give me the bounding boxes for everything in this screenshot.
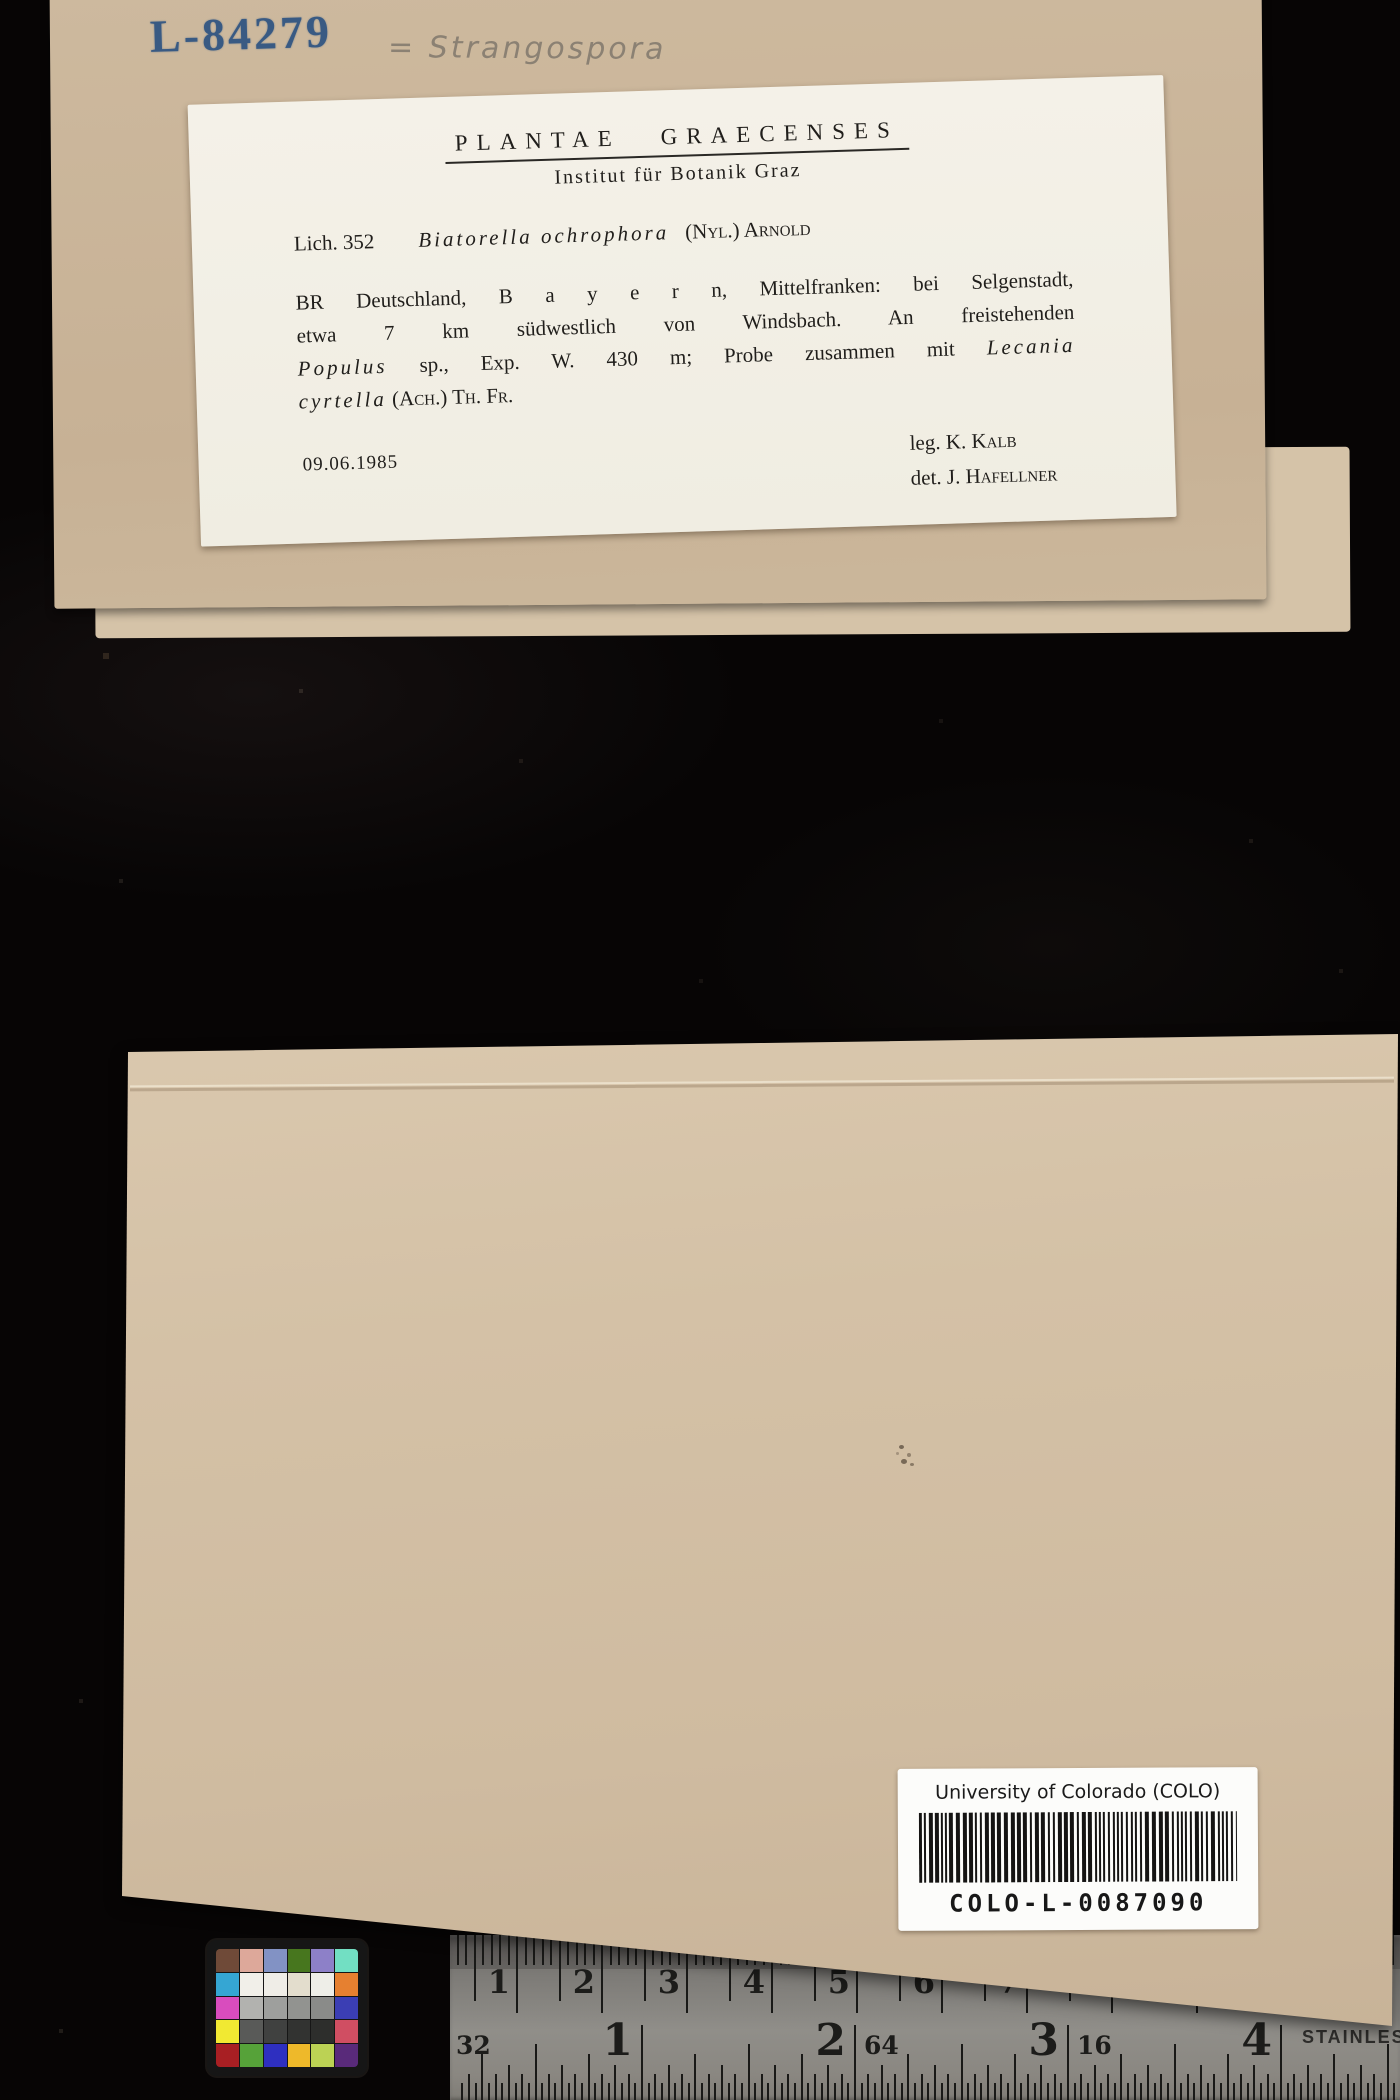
- ruler-inch-tick: [874, 2083, 876, 2100]
- ruler-inch-tick: [1020, 2083, 1022, 2100]
- ruler-inch-tick: [1007, 2083, 1009, 2100]
- ruler-inch-tick: [1300, 2083, 1302, 2100]
- ruler-inch-tick: [1127, 2083, 1129, 2100]
- ruler-inch-tick: [708, 2074, 710, 2100]
- ruler-inch-tick: [734, 2074, 736, 2100]
- ruler-inch-tick: [1160, 2074, 1162, 2100]
- color-calibration-card: [207, 1940, 367, 2076]
- ruler-cm-tick: [516, 1935, 518, 2013]
- barcode-bar: [1058, 1812, 1062, 1882]
- barcode-bar: [1041, 1812, 1045, 1882]
- ruler-inch-tick: [694, 2054, 696, 2100]
- color-patch: [335, 1973, 358, 1996]
- barcode-bar: [1113, 1812, 1115, 1882]
- ruler-inch-number: 2: [798, 2015, 846, 2066]
- ruler-inch-tick: [1280, 2025, 1282, 2100]
- barcode-bar: [1135, 1812, 1137, 1882]
- color-patch: [216, 1973, 239, 1996]
- ruler-inch-tick: [574, 2074, 576, 2100]
- color-patch: [288, 1997, 311, 2020]
- barcode: [919, 1811, 1237, 1883]
- ruler-inch-tick: [1134, 2074, 1136, 2100]
- ruler-inch-tick: [787, 2074, 789, 2100]
- ruler-fraction-label: 64: [864, 2031, 899, 2060]
- ruler-inch-tick: [1000, 2074, 1002, 2100]
- barcode-bar: [1159, 1812, 1163, 1882]
- ruler-cm-tick: [542, 1935, 544, 1965]
- ruler-inch-tick: [1367, 2083, 1369, 2100]
- barcode-bar: [963, 1813, 967, 1883]
- ruler-inch-tick: [568, 2083, 570, 2100]
- barcode-bar: [924, 1813, 926, 1883]
- ruler-inch-tick: [1100, 2083, 1102, 2100]
- ruler-inch-tick: [1080, 2074, 1082, 2100]
- ruler-inch-tick: [754, 2083, 756, 2100]
- ruler-inch-tick: [1047, 2083, 1049, 2100]
- ruler-inch-tick: [648, 2083, 650, 2100]
- ruler-inch-tick: [501, 2083, 503, 2100]
- ruler-inch-tick: [688, 2083, 690, 2100]
- ruler-inch-tick: [1154, 2083, 1156, 2100]
- ruler-inch-tick: [1074, 2083, 1076, 2100]
- ruler-inch-tick: [854, 2025, 856, 2100]
- barcode-bar: [1185, 1811, 1187, 1881]
- color-patch: [288, 1949, 311, 1972]
- ruler-inch-tick: [621, 2083, 623, 2100]
- ruler-inch-tick: [861, 2083, 863, 2100]
- ruler-inch-tick: [1307, 2065, 1309, 2100]
- ruler-inch-tick: [495, 2074, 497, 2100]
- accession-stamp: L-84279: [149, 5, 332, 63]
- barcode-bar: [1030, 1812, 1032, 1882]
- barcode-bar: [1108, 1812, 1110, 1882]
- color-patch: [288, 1973, 311, 1996]
- color-patch: [311, 1949, 334, 1972]
- ruler-inch-tick: [1247, 2083, 1249, 2100]
- barcode-bar: [1117, 1812, 1119, 1882]
- ruler-inch-tick: [1253, 2065, 1255, 2100]
- ruler-cm-number: 3: [636, 1963, 680, 2001]
- barcode-bar: [1201, 1811, 1203, 1881]
- ruler-inch-tick: [774, 2065, 776, 2100]
- ruler-inch-tick: [1220, 2083, 1222, 2100]
- color-patch: [240, 1973, 263, 1996]
- ruler-inch-tick: [1360, 2065, 1362, 2100]
- ruler-inch-tick: [974, 2074, 976, 2100]
- ruler-inch-number: 3: [1011, 2015, 1059, 2066]
- dirt-smudge: [895, 1443, 921, 1473]
- ruler-inch-tick: [541, 2083, 543, 2100]
- label-title-word1: PLANTAE: [454, 126, 621, 156]
- collection-number: Lich. 352: [294, 229, 375, 256]
- ruler-inch-tick: [1187, 2074, 1189, 2100]
- barcode-bar: [1095, 1812, 1097, 1882]
- ruler-inch-tick: [1340, 2083, 1342, 2100]
- ruler-inch-tick: [554, 2083, 556, 2100]
- barcode-bar: [1172, 1811, 1174, 1881]
- ruler-inch-tick: [967, 2083, 969, 2100]
- ruler-inch-tick: [1273, 2083, 1275, 2100]
- barcode-bar: [1070, 1812, 1074, 1882]
- ruler-inch-tick: [481, 2054, 483, 2100]
- ruler-inch-tick: [881, 2065, 883, 2100]
- ruler-inch-tick: [814, 2074, 816, 2100]
- ruler-inch-tick: [1060, 2083, 1062, 2100]
- ruler-inch-tick: [548, 2074, 550, 2100]
- ruler-inch-tick: [475, 2083, 477, 2100]
- ruler-inch-tick: [741, 2083, 743, 2100]
- barcode-bar: [1218, 1811, 1220, 1881]
- ruler-inch-tick: [614, 2065, 616, 2100]
- ruler-inch-tick: [1347, 2074, 1349, 2100]
- ruler-inch-tick: [488, 2083, 490, 2100]
- barcode-bar: [1226, 1811, 1228, 1881]
- ruler-inch-tick: [1373, 2074, 1375, 2100]
- barcode-bar: [1131, 1812, 1133, 1882]
- dust-specks: [0, 0, 2, 2]
- envelope-front: L-84279 = Strangospora PLANTAEGRAECENSES…: [50, 0, 1267, 609]
- ruler-inch-tick: [668, 2065, 670, 2100]
- ruler-cm-tick: [525, 1935, 527, 1965]
- ruler-inch-tick: [1293, 2074, 1295, 2100]
- ruler-inch-tick: [867, 2074, 869, 2100]
- ruler-inch-tick: [561, 2065, 563, 2100]
- barcode-bar: [1195, 1811, 1199, 1881]
- ruler-inch-tick: [701, 2083, 703, 2100]
- ruler-inch-tick: [1147, 2065, 1149, 2100]
- specimen-label: PLANTAEGRAECENSES Institut für Botanik G…: [188, 75, 1177, 547]
- barcode-number: COLO-L-0087090: [898, 1888, 1258, 1918]
- ruler-inch-tick: [1107, 2074, 1109, 2100]
- barcode-bar: [1222, 1811, 1224, 1881]
- ruler-inch-tick: [1174, 2044, 1176, 2100]
- barcode-bar: [949, 1813, 953, 1883]
- ruler-inch-tick: [1287, 2083, 1289, 2100]
- ruler-cm-number: 1: [466, 1963, 510, 2001]
- species-name: Biatorella ochrophora: [418, 220, 670, 253]
- ruler-inch-tick: [1180, 2083, 1182, 2100]
- specimen-photo: STAINLESS 12345678910111234326416 Univer…: [0, 0, 1400, 2100]
- ruler-inch-tick: [1393, 2083, 1395, 2100]
- ruler-inch-tick: [1027, 2074, 1029, 2100]
- barcode-institution: University of Colorado (COLO): [898, 1780, 1258, 1804]
- color-patch: [216, 2044, 239, 2067]
- barcode-bar: [956, 1813, 960, 1883]
- barcode-bar: [919, 1813, 922, 1883]
- ruler-inch-tick: [921, 2074, 923, 2100]
- barcode-bar: [1064, 1812, 1068, 1882]
- barcode-bar: [1206, 1811, 1208, 1881]
- color-patch: [335, 2020, 358, 2043]
- color-patch: [240, 1949, 263, 1972]
- barcode-bar: [1152, 1812, 1156, 1882]
- ruler-inch-tick: [1087, 2083, 1089, 2100]
- ruler-inch-tick: [528, 2083, 530, 2100]
- ruler-inch-tick: [714, 2083, 716, 2100]
- ruler-inch-tick: [628, 2074, 630, 2100]
- ruler-inch-tick: [907, 2054, 909, 2100]
- color-patch: [216, 2020, 239, 2043]
- ruler-inch-tick: [634, 2083, 636, 2100]
- barcode-bar: [1236, 1811, 1237, 1881]
- color-patch-grid: [216, 1949, 358, 2067]
- ruler-inch-tick: [515, 2083, 517, 2100]
- ruler-inch-tick: [1193, 2083, 1195, 2100]
- ruler-inch-tick: [521, 2074, 523, 2100]
- ruler-inch-tick: [827, 2065, 829, 2100]
- label-title: PLANTAEGRAECENSES: [444, 117, 909, 164]
- color-patch: [288, 2044, 311, 2067]
- ruler-inch-tick: [1260, 2083, 1262, 2100]
- ruler-inch-tick: [767, 2083, 769, 2100]
- ruler-inch-tick: [980, 2083, 982, 2100]
- ruler-inch-tick: [941, 2083, 943, 2100]
- ruler-inch-tick: [761, 2074, 763, 2100]
- color-patch: [288, 2020, 311, 2043]
- barcode-bar: [1211, 1811, 1215, 1881]
- barcode-bar: [1077, 1812, 1079, 1882]
- ruler-brand-text: STAINLESS: [1302, 2027, 1400, 2048]
- ruler-inch-tick: [994, 2083, 996, 2100]
- barcode-bar: [1082, 1812, 1086, 1882]
- color-patch: [264, 1973, 287, 1996]
- color-patch: [311, 1973, 334, 1996]
- ruler-inch-tick: [608, 2083, 610, 2100]
- envelope-back: University of Colorado (COLO) COLO-L-008…: [110, 1025, 1400, 2030]
- barcode-bar: [1017, 1812, 1021, 1882]
- barcode-bar: [1140, 1812, 1142, 1882]
- ruler-inch-tick: [807, 2083, 809, 2100]
- barcode-bar: [1053, 1812, 1055, 1882]
- ruler-inch-tick: [1213, 2074, 1215, 2100]
- barcode-bar: [1004, 1812, 1008, 1882]
- barcode-bar: [1231, 1811, 1233, 1881]
- ruler-cm-tick: [457, 1935, 459, 1965]
- barcode-bar: [935, 1813, 939, 1883]
- barcode-bar: [941, 1813, 943, 1883]
- barcode-bar: [1190, 1811, 1192, 1881]
- ruler-inch-tick: [468, 2074, 470, 2100]
- ruler-inch-tick: [1313, 2083, 1315, 2100]
- ruler-inch-tick: [1233, 2083, 1235, 2100]
- ruler-inch-tick: [834, 2083, 836, 2100]
- barcode-bar: [1088, 1812, 1092, 1882]
- ruler-inch-tick: [1200, 2065, 1202, 2100]
- barcode-bar: [1023, 1812, 1027, 1882]
- color-patch: [311, 2044, 334, 2067]
- ruler-cm-tick: [533, 1935, 535, 1965]
- ruler-cm-tick: [491, 1935, 493, 1965]
- color-patch: [240, 1997, 263, 2020]
- ruler-inch-tick: [1067, 2025, 1069, 2100]
- ruler-fraction-label: 32: [456, 2031, 491, 2060]
- barcode-bar: [1035, 1812, 1039, 1882]
- ruler-inch-tick: [1094, 2065, 1096, 2100]
- barcode-bar: [1126, 1812, 1128, 1882]
- ruler-inch-tick: [728, 2083, 730, 2100]
- determiner-line: det. J. Hafellner: [910, 456, 1058, 495]
- ruler-inch-tick: [1267, 2074, 1269, 2100]
- ruler-inch-tick: [894, 2074, 896, 2100]
- ruler-inch-tick: [1240, 2074, 1242, 2100]
- barcode-bar: [1099, 1812, 1101, 1882]
- ruler-inch-tick: [681, 2074, 683, 2100]
- color-patch: [335, 2044, 358, 2067]
- barcode-bar: [975, 1813, 977, 1883]
- ruler-inch-tick: [1333, 2054, 1335, 2100]
- ruler-inch-tick: [961, 2044, 963, 2100]
- ruler-cm-tick: [601, 1935, 603, 2013]
- ruler-fraction-label: 16: [1077, 2031, 1112, 2060]
- ruler-inch-tick: [1380, 2083, 1382, 2100]
- color-patch: [335, 1997, 358, 2020]
- ruler-inch-tick: [934, 2065, 936, 2100]
- barcode-bar: [997, 1812, 1001, 1882]
- ruler-inch-tick: [721, 2065, 723, 2100]
- ruler-inch-tick: [781, 2083, 783, 2100]
- ruler-inch-tick: [1120, 2054, 1122, 2100]
- ruler-inch-tick: [581, 2083, 583, 2100]
- barcode-bar: [980, 1813, 982, 1883]
- ruler-inch-tick: [1140, 2083, 1142, 2100]
- ruler-inch-tick: [821, 2083, 823, 2100]
- ruler-inch-tick: [1034, 2083, 1036, 2100]
- color-patch: [216, 1949, 239, 1972]
- ruler-inch-tick: [887, 2083, 889, 2100]
- ruler-inch-tick: [901, 2083, 903, 2100]
- barcode-bar: [991, 1812, 995, 1882]
- barcode-bar: [1121, 1812, 1123, 1882]
- ruler-inch-tick: [1207, 2083, 1209, 2100]
- ruler-inch-tick: [927, 2083, 929, 2100]
- ruler-cm-tick: [482, 1935, 484, 1965]
- ruler-inch-tick: [841, 2074, 843, 2100]
- barcode-bar: [945, 1813, 947, 1883]
- ruler-inch-tick: [1353, 2083, 1355, 2100]
- ruler-inch-tick: [508, 2065, 510, 2100]
- ruler-cm-tick: [465, 1935, 467, 1965]
- color-patch: [240, 2044, 263, 2067]
- ruler-cm-number: 4: [721, 1963, 765, 2001]
- ruler-inch-tick: [914, 2083, 916, 2100]
- ruler-inch-number: 4: [1224, 2015, 1272, 2066]
- ruler-inch-tick: [1327, 2083, 1329, 2100]
- color-patch: [335, 1949, 358, 1972]
- color-patch: [311, 2020, 334, 2043]
- collection-date: 09.06.1985: [302, 442, 398, 477]
- label-footer: 09.06.1985 leg. K. Kalb det. J. Hafellne…: [198, 418, 1176, 518]
- barcode-bar: [1165, 1812, 1169, 1882]
- ruler-cm-tick: [508, 1935, 510, 1965]
- label-title-word2: GRAECENSES: [660, 117, 899, 149]
- ruler-inch-tick: [601, 2074, 603, 2100]
- barcode-bar: [985, 1812, 989, 1882]
- ruler-inch-tick: [1114, 2083, 1116, 2100]
- ruler-inch-tick: [748, 2044, 750, 2100]
- barcode-label: University of Colorado (COLO) COLO-L-008…: [898, 1767, 1259, 1931]
- ruler-inch-tick: [987, 2065, 989, 2100]
- ruler-inch-tick: [654, 2074, 656, 2100]
- barcode-bar: [1103, 1812, 1105, 1882]
- ruler-inch-tick: [847, 2083, 849, 2100]
- ruler-inch-tick: [535, 2044, 537, 2100]
- ruler-inch-tick: [1054, 2074, 1056, 2100]
- color-patch: [264, 2044, 287, 2067]
- ruler-cm-number: 2: [551, 1963, 595, 2001]
- species-line: Lich. 352 Biatorella ochrophora (Nyl.) A…: [192, 205, 1168, 260]
- color-patch: [264, 2020, 287, 2043]
- ruler-inch-tick: [954, 2083, 956, 2100]
- ruler-inch-tick: [674, 2083, 676, 2100]
- color-patch: [264, 1949, 287, 1972]
- ruler-inch-tick: [947, 2074, 949, 2100]
- species-authority: (Nyl.) Arnold: [685, 216, 811, 245]
- ruler-inch-tick: [1040, 2065, 1042, 2100]
- color-patch: [240, 2020, 263, 2043]
- barcode-bar: [1145, 1812, 1149, 1882]
- barcode-bar: [1048, 1812, 1050, 1882]
- barcode-bar: [1177, 1811, 1179, 1881]
- color-patch: [216, 1997, 239, 2020]
- ruler-inch-tick: [661, 2083, 663, 2100]
- ruler-inch-tick: [1167, 2083, 1169, 2100]
- barcode-bar: [1011, 1812, 1015, 1882]
- barcode-bar: [969, 1813, 973, 1883]
- ruler-cm-tick: [499, 1935, 501, 1965]
- locality-text: BR Deutschland, B a y e r n, Mittelfrank…: [193, 260, 1173, 422]
- barcode-bar: [929, 1813, 933, 1883]
- barcode-bar: [1181, 1811, 1183, 1881]
- ruler-inch-number: 1: [585, 2015, 633, 2066]
- color-patch: [311, 1997, 334, 2020]
- ruler-inch-tick: [1387, 2044, 1389, 2100]
- collector-determiner: leg. K. Kalb det. J. Hafellner: [909, 421, 1058, 495]
- ruler-inch-tick: [594, 2083, 596, 2100]
- ruler-inch-tick: [794, 2083, 796, 2100]
- color-patch: [264, 1997, 287, 2020]
- ruler-inch-tick: [1320, 2074, 1322, 2100]
- ruler-inch-tick: [461, 2083, 463, 2100]
- handwritten-annotation: = Strangospora: [388, 30, 667, 67]
- ruler-inch-tick: [641, 2025, 643, 2100]
- collector-line: leg. K. Kalb: [909, 421, 1057, 460]
